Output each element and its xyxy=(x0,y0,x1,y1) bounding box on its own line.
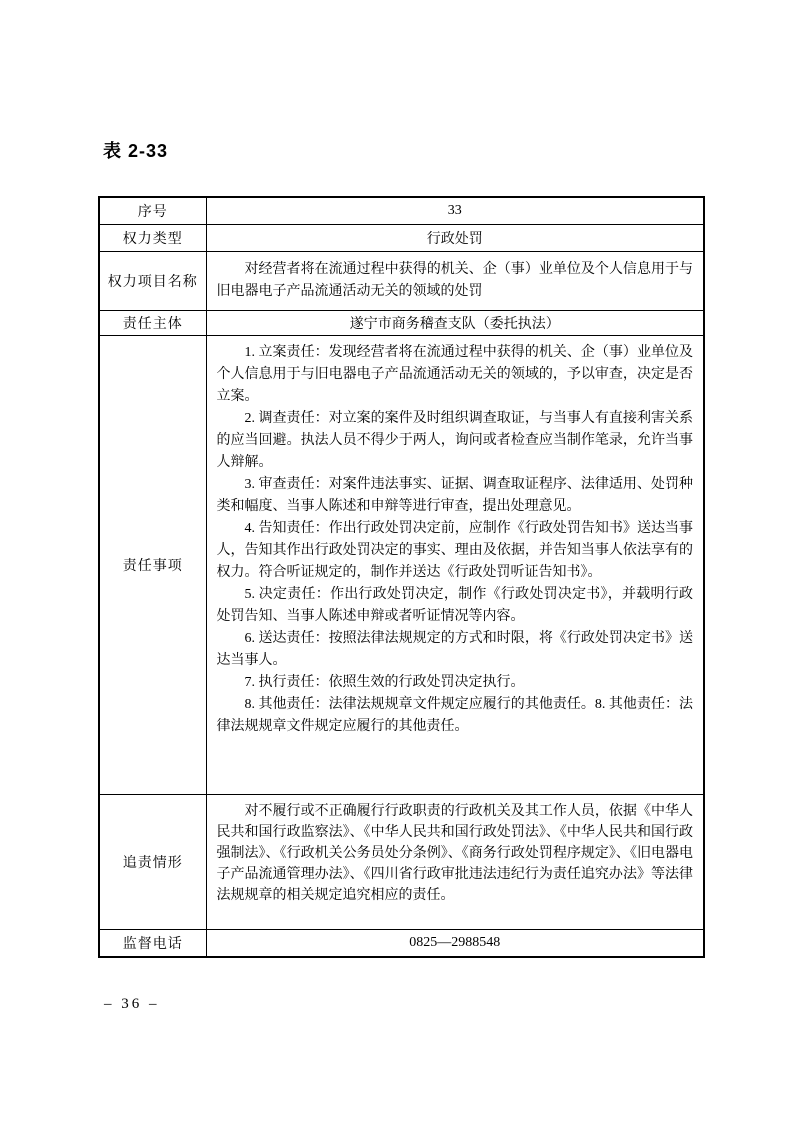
row-value-responsible-subject: 遂宁市商务稽查支队（委托执法） xyxy=(206,311,704,336)
duty-item-1: 1. 立案责任：发现经营者将在流通过程中获得的机关、企（事）业单位及个人信息用于… xyxy=(217,342,694,408)
page-number: – 36 – xyxy=(104,996,160,1013)
document-page: 表 2-33 序号 33 权力类型 行政处罚 权力项目名称 对经营者将在流通过程… xyxy=(0,0,793,1122)
table-row-power-item-name: 权力项目名称 对经营者将在流通过程中获得的机关、企（事）业单位及个人信息用于与旧… xyxy=(99,252,704,311)
table-row-duty-items: 责任事项 1. 立案责任：发现经营者将在流通过程中获得的机关、企（事）业单位及个… xyxy=(99,336,704,795)
row-label-serial: 序号 xyxy=(99,197,206,225)
row-label-power-type: 权力类型 xyxy=(99,225,206,252)
duty-item-5: 5. 决定责任：作出行政处罚决定，制作《行政处罚决定书》，并载明行政处罚告知、当… xyxy=(217,584,694,628)
table-caption: 表 2-33 xyxy=(103,137,168,163)
table-row-responsible-subject: 责任主体 遂宁市商务稽查支队（委托执法） xyxy=(99,311,704,336)
row-label-responsible-subject: 责任主体 xyxy=(99,311,206,336)
duty-item-8: 8. 其他责任：法律法规规章文件规定应履行的其他责任。8. 其他责任：法律法规规… xyxy=(217,694,694,738)
duty-item-3: 3. 审查责任：对案件违法事实、证据、调查取证程序、法律适用、处罚种类和幅度、当… xyxy=(217,474,694,518)
row-value-supervision-phone: 0825—2988548 xyxy=(206,930,704,958)
duty-item-7: 7. 执行责任：依照生效的行政处罚决定执行。 xyxy=(217,672,694,694)
row-value-serial: 33 xyxy=(206,197,704,225)
row-value-power-type: 行政处罚 xyxy=(206,225,704,252)
row-label-duty-items: 责任事项 xyxy=(99,336,206,795)
power-item-name-text: 对经营者将在流通过程中获得的机关、企（事）业单位及个人信息用于与旧电器电子产品流… xyxy=(217,259,694,303)
duty-item-6: 6. 送达责任：按照法律法规规定的方式和时限，将《行政处罚决定书》送达当事人。 xyxy=(217,628,694,672)
row-value-accountability: 对不履行或不正确履行行政职责的行政机关及其工作人员，依据《中华人民共和国行政监察… xyxy=(206,795,704,930)
power-item-table: 序号 33 权力类型 行政处罚 权力项目名称 对经营者将在流通过程中获得的机关、… xyxy=(98,196,705,958)
table-row-supervision-phone: 监督电话 0825—2988548 xyxy=(99,930,704,958)
duty-item-4: 4. 告知责任：作出行政处罚决定前，应制作《行政处罚告知书》送达当事人，告知其作… xyxy=(217,518,694,584)
accountability-text: 对不履行或不正确履行行政职责的行政机关及其工作人员，依据《中华人民共和国行政监察… xyxy=(217,801,694,906)
table-row-accountability: 追责情形 对不履行或不正确履行行政职责的行政机关及其工作人员，依据《中华人民共和… xyxy=(99,795,704,930)
row-value-duty-items: 1. 立案责任：发现经营者将在流通过程中获得的机关、企（事）业单位及个人信息用于… xyxy=(206,336,704,795)
table-row-serial: 序号 33 xyxy=(99,197,704,225)
row-value-power-item-name: 对经营者将在流通过程中获得的机关、企（事）业单位及个人信息用于与旧电器电子产品流… xyxy=(206,252,704,311)
row-label-power-item-name: 权力项目名称 xyxy=(99,252,206,311)
table-row-power-type: 权力类型 行政处罚 xyxy=(99,225,704,252)
row-label-accountability: 追责情形 xyxy=(99,795,206,930)
duty-item-2: 2. 调查责任：对立案的案件及时组织调查取证，与当事人有直接利害关系的应当回避。… xyxy=(217,408,694,474)
row-label-supervision-phone: 监督电话 xyxy=(99,930,206,958)
